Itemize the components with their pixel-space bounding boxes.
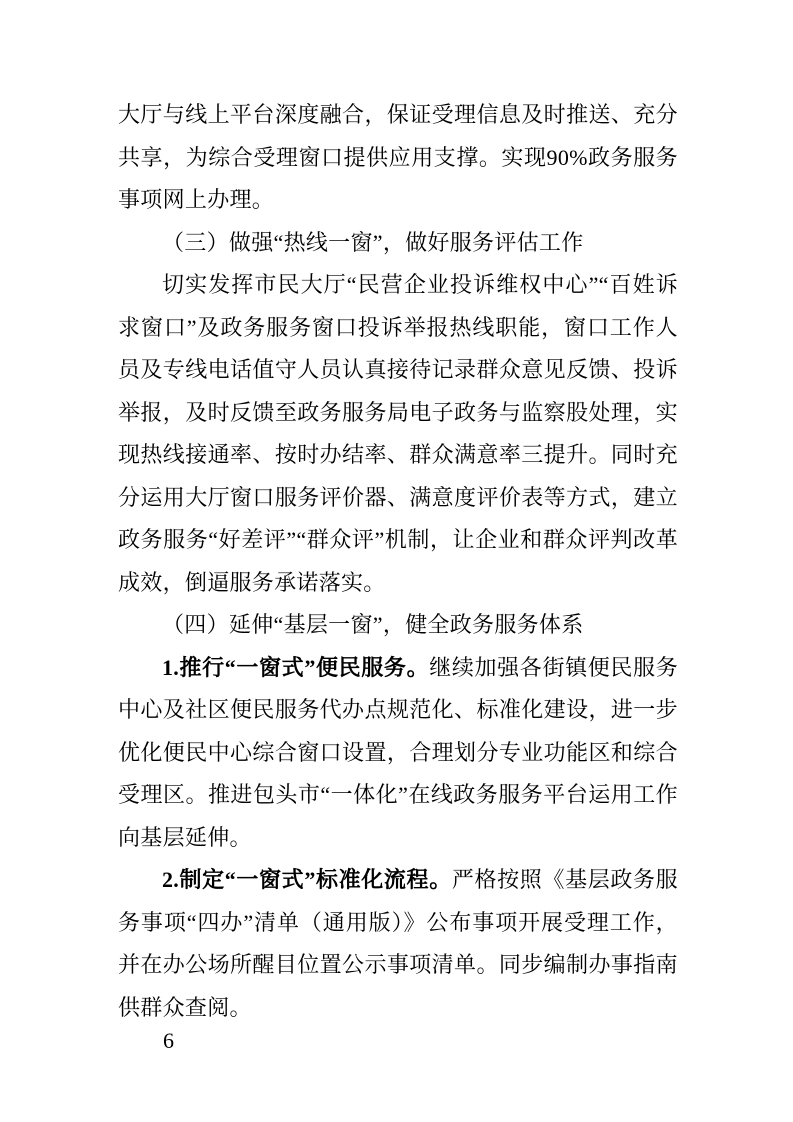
section-heading: （三）做强“热线一窗”，做好服务评估工作 [118, 222, 678, 265]
paragraph-bold-lead: 2.制定“一窗式”标准化流程。 [162, 867, 452, 892]
document-content: 大厅与线上平台深度融合，保证受理信息及时推送、充分共享，为综合受理窗口提供应用支… [118, 94, 678, 1029]
body-paragraph: 切实发挥市民大厅“民营企业投诉维权中心”“百姓诉求窗口”及政务服务窗口投诉举报热… [118, 264, 678, 604]
paragraph-bold-lead: 1.推行“一窗式”便民服务。 [162, 655, 429, 680]
page-number: 6 [163, 1028, 174, 1054]
body-paragraph: 2.制定“一窗式”标准化流程。严格按照《基层政务服务事项“四办”清单（通用版）》… [118, 859, 678, 1029]
document-page: 大厅与线上平台深度融合，保证受理信息及时推送、充分共享，为综合受理窗口提供应用支… [0, 0, 793, 1122]
section-heading: （四）延伸“基层一窗”，健全政务服务体系 [118, 604, 678, 647]
body-paragraph: 1.推行“一窗式”便民服务。继续加强各街镇便民服务中心及社区便民服务代办点规范化… [118, 647, 678, 860]
body-paragraph: 大厅与线上平台深度融合，保证受理信息及时推送、充分共享，为综合受理窗口提供应用支… [118, 94, 678, 222]
